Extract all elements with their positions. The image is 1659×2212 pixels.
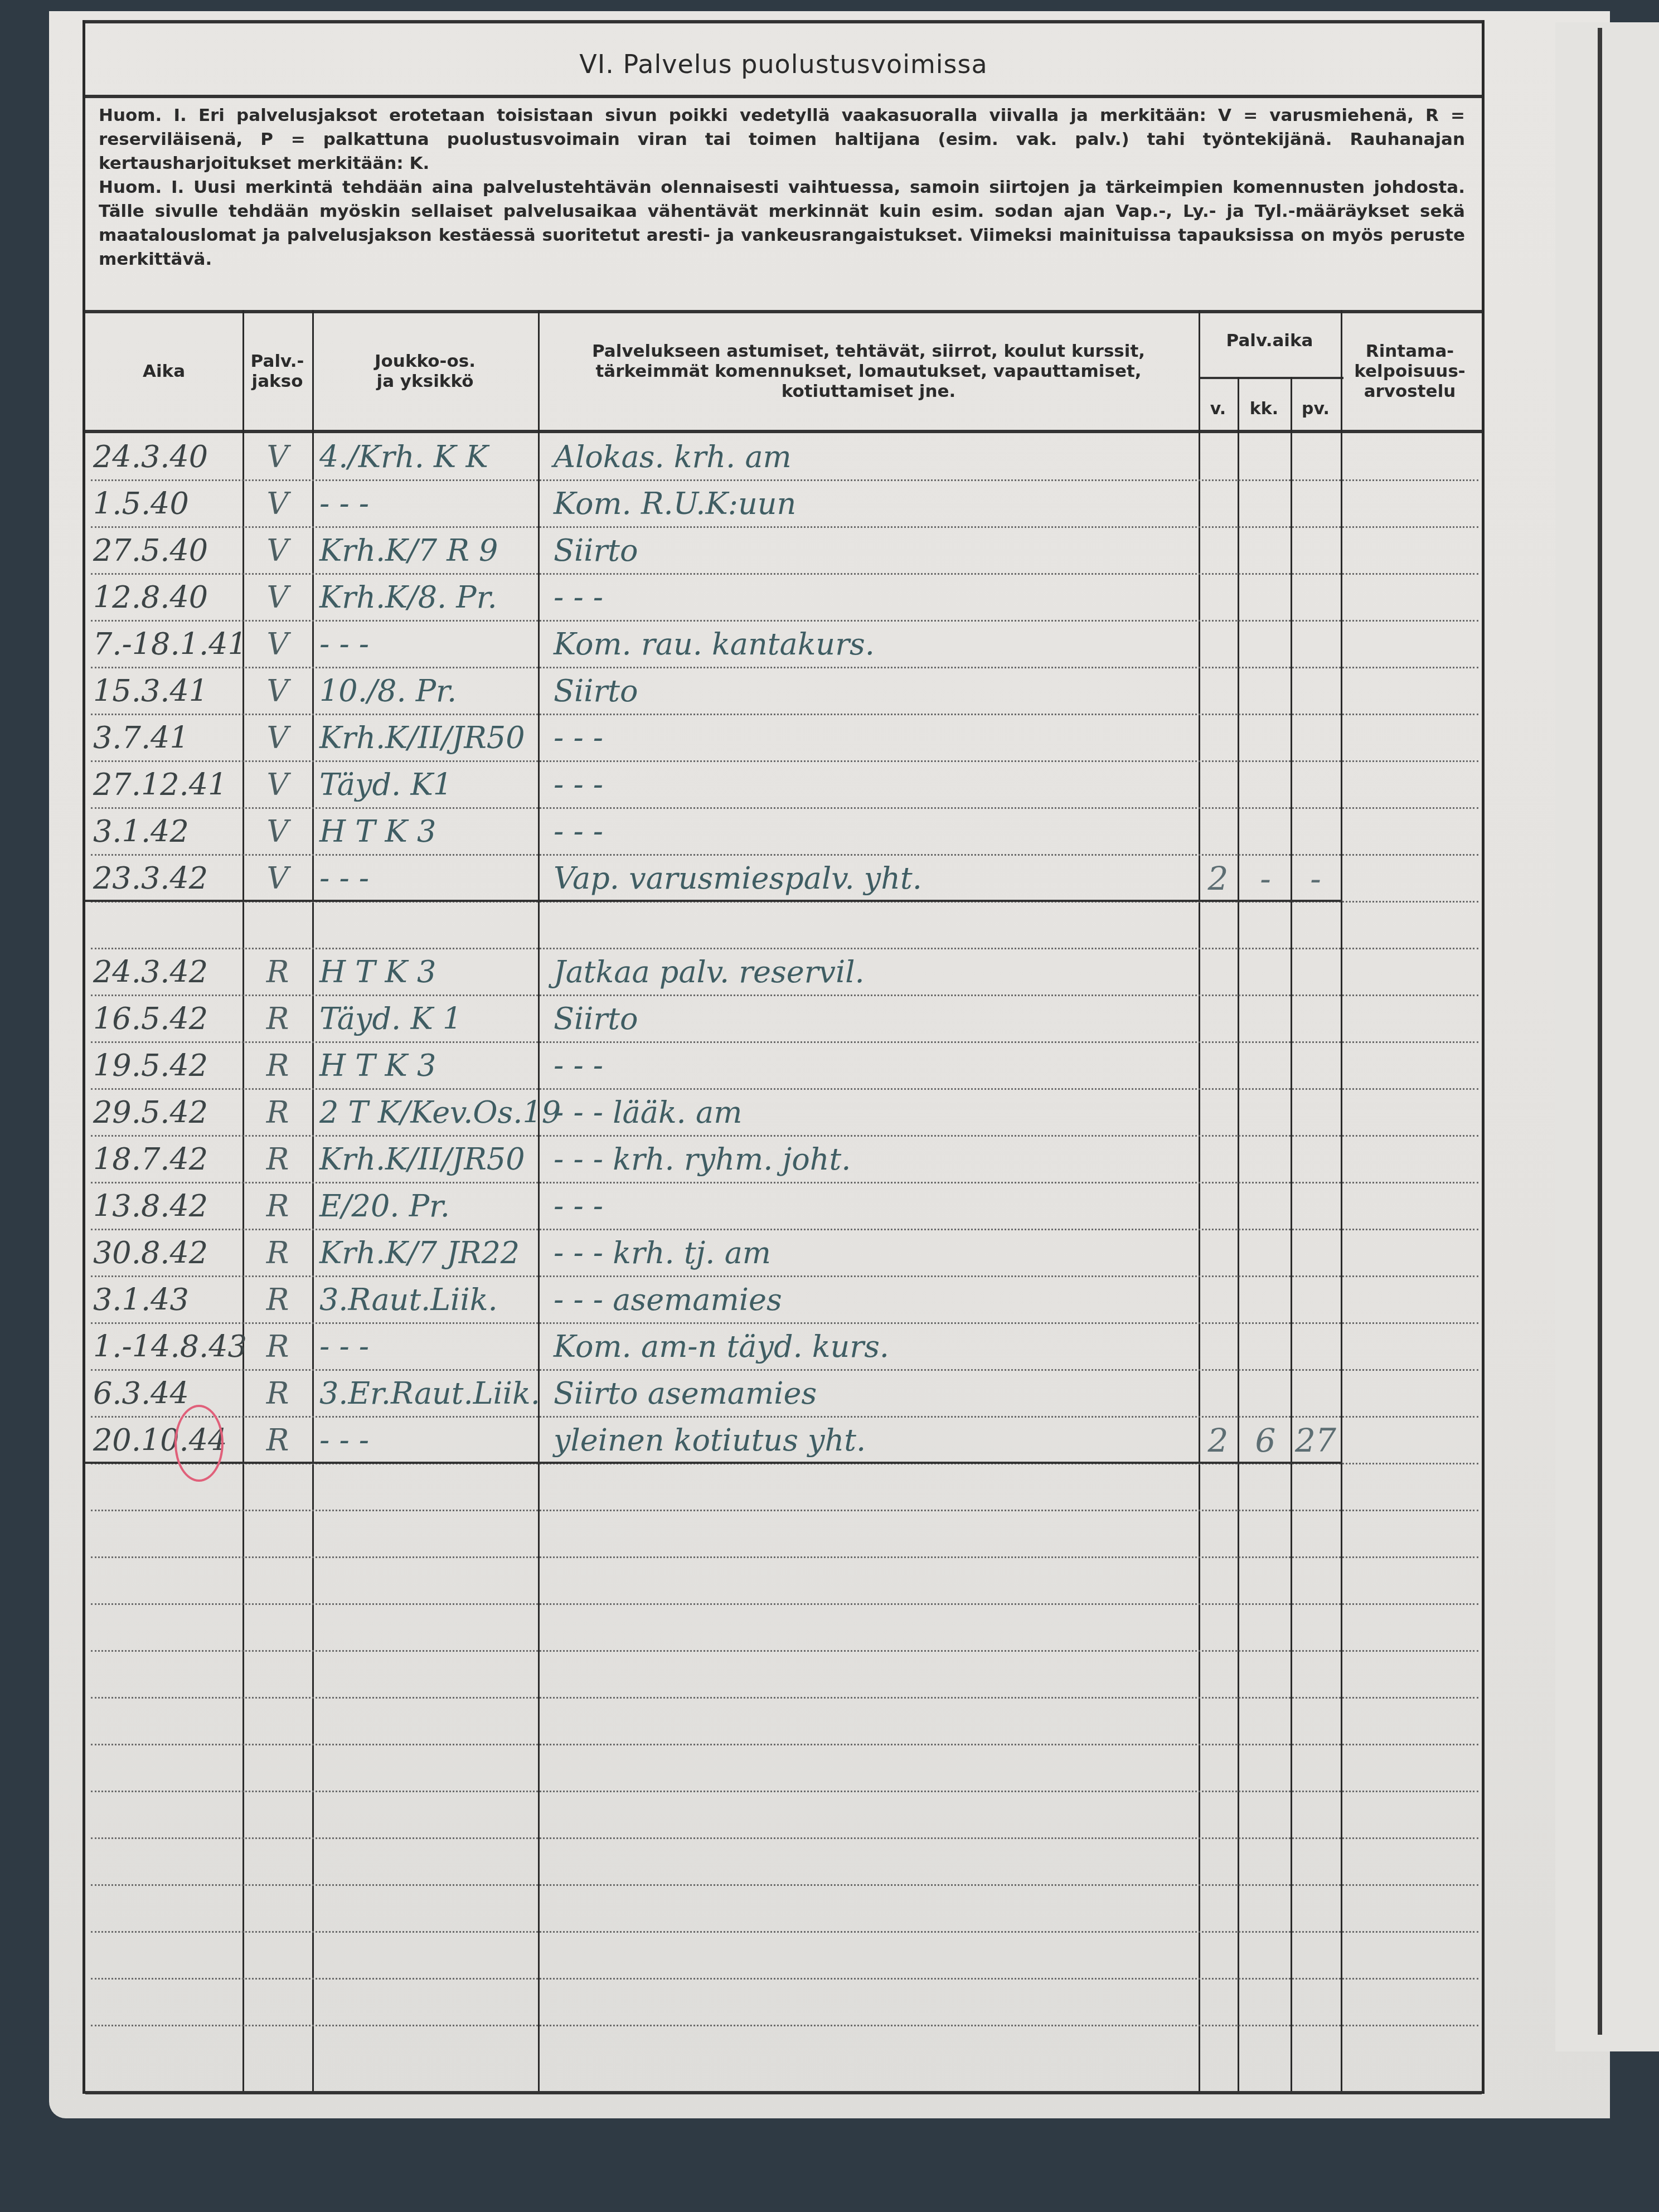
header-rule — [85, 430, 1482, 433]
header-rintama: Rintama- kelpoisuus- arvostelu — [1341, 316, 1479, 427]
months-cell: - — [1240, 862, 1291, 895]
header-joukko: Joukko-os. ja yksikkö — [312, 316, 538, 427]
service-event-cell: Vap. varusmiespalv. yht. — [554, 862, 922, 895]
row-guide — [91, 1650, 1478, 1652]
column-rule — [1291, 377, 1292, 2091]
unit-cell: 3.Er.Raut.Liik. — [319, 1377, 540, 1410]
unit-cell: 3.Raut.Liik. — [319, 1283, 498, 1317]
date-cell: 30.8.42 — [93, 1236, 208, 1270]
service-event-cell: - - - — [554, 1190, 603, 1223]
period-type-cell: V — [244, 675, 311, 708]
date-cell: 16.5.42 — [93, 1002, 208, 1036]
period-type-cell: V — [244, 815, 311, 848]
notes-rule — [85, 310, 1482, 313]
period-type-cell: R — [244, 955, 311, 989]
row-guide — [91, 1135, 1478, 1137]
period-type-cell: V — [244, 721, 311, 755]
unit-cell: - - - — [319, 1424, 369, 1457]
row-guide — [91, 995, 1478, 996]
row-guide — [91, 620, 1478, 622]
header-kk: kk. — [1238, 399, 1291, 427]
row-guide — [91, 1322, 1478, 1324]
unit-cell: - - - — [319, 487, 369, 521]
row-guide — [91, 1884, 1478, 1886]
unit-cell: Krh.K/7 JR22 — [319, 1236, 520, 1270]
unit-cell: - - - — [319, 862, 369, 895]
service-event-cell: Kom. rau. kantakurs. — [554, 628, 875, 661]
date-cell: 19.5.42 — [93, 1049, 208, 1083]
unit-cell: Krh.K/II/JR50 — [319, 721, 525, 755]
service-event-cell: Siirto — [554, 1002, 638, 1036]
column-rule — [312, 310, 314, 2091]
header-palvaika: Palv.aika — [1199, 321, 1341, 360]
period-separator — [85, 1462, 1342, 1464]
date-cell: 24.3.40 — [93, 440, 208, 474]
period-type-cell: R — [244, 1377, 311, 1410]
service-event-cell: Siirto — [554, 534, 638, 567]
row-guide — [91, 1041, 1478, 1043]
header-v: v. — [1199, 399, 1238, 427]
title-rule — [85, 95, 1482, 98]
date-cell: 29.5.42 — [93, 1096, 208, 1129]
row-guide — [91, 526, 1478, 528]
unit-cell: Krh.K/8. Pr. — [319, 581, 497, 614]
service-event-cell: - - - — [554, 581, 603, 614]
row-guide — [91, 573, 1478, 575]
row-guide — [91, 2025, 1478, 2026]
service-event-cell: - - - — [554, 768, 603, 802]
page-title: VI. Palvelus puolustusvoimissa — [85, 49, 1482, 79]
date-cell: 18.7.42 — [93, 1143, 208, 1176]
row-guide — [91, 854, 1478, 856]
unit-cell: 10./8. Pr. — [319, 675, 457, 708]
date-cell: 15.3.41 — [93, 675, 208, 708]
unit-cell: - - - — [319, 628, 369, 661]
unit-cell: Krh.K/7 R 9 — [319, 534, 498, 567]
period-type-cell: R — [244, 1283, 311, 1317]
service-event-cell: - - - — [554, 1049, 603, 1083]
period-type-cell: R — [244, 1424, 311, 1457]
column-rule — [538, 310, 540, 2091]
column-rule — [1341, 310, 1342, 2091]
unit-cell: 2 T K/Kev.Os.19 — [319, 1096, 561, 1129]
period-type-cell: V — [244, 862, 311, 895]
period-type-cell: R — [244, 1002, 311, 1036]
row-guide — [91, 1837, 1478, 1839]
date-cell: 3.1.42 — [93, 815, 189, 848]
row-guide — [91, 1556, 1478, 1558]
date-cell: 27.12.41 — [93, 768, 227, 802]
row-guide — [91, 667, 1478, 668]
date-cell: 1.-14.8.43 — [93, 1330, 247, 1364]
period-type-cell: V — [244, 440, 311, 474]
unit-cell: - - - — [319, 1330, 369, 1364]
facing-page — [1555, 22, 1659, 2051]
unit-cell: Täyd. K1 — [319, 768, 452, 802]
row-guide — [91, 1978, 1478, 1980]
header-aika: Aika — [85, 316, 242, 427]
row-guide — [91, 1744, 1478, 1745]
row-guide — [91, 807, 1478, 809]
date-cell: 24.3.42 — [93, 955, 208, 989]
header-jakso: Palv.- jakso — [242, 316, 312, 427]
period-type-cell: V — [244, 581, 311, 614]
service-event-cell: - - - — [554, 721, 603, 755]
unit-cell: H T K 3 — [319, 815, 436, 848]
service-event-cell: Jatkaa palv. reservil. — [554, 955, 865, 989]
column-rule — [1199, 310, 1200, 2091]
date-cell: 6.3.44 — [93, 1377, 189, 1410]
unit-cell: E/20. Pr. — [319, 1190, 450, 1223]
unit-cell: H T K 3 — [319, 955, 436, 989]
period-type-cell: V — [244, 534, 311, 567]
row-guide — [91, 760, 1478, 762]
period-type-cell: R — [244, 1330, 311, 1364]
days-cell: 27 — [1291, 1424, 1341, 1457]
row-guide — [91, 948, 1478, 949]
row-guide — [91, 1416, 1478, 1418]
column-rule — [1238, 377, 1239, 2091]
period-type-cell: V — [244, 628, 311, 661]
date-cell: 23.3.42 — [93, 862, 208, 895]
period-separator — [85, 900, 1342, 902]
row-guide — [91, 1791, 1478, 1792]
date-cell: 3.1.43 — [93, 1283, 189, 1317]
top-rule — [85, 20, 1482, 23]
date-cell: 13.8.42 — [93, 1190, 208, 1223]
row-guide — [91, 1369, 1478, 1371]
row-guide — [91, 1182, 1478, 1183]
years-cell: 2 — [1199, 1424, 1238, 1457]
months-cell: 6 — [1240, 1424, 1291, 1457]
days-cell: - — [1291, 862, 1341, 895]
header-palvelus: Palvelukseen astumiset, tehtävät, siirro… — [548, 316, 1189, 427]
service-event-cell: Kom. am-n täyd. kurs. — [554, 1330, 889, 1364]
date-cell: 1.5.40 — [93, 487, 189, 521]
service-event-cell: Alokas. krh. am — [554, 440, 792, 474]
note-1: Huom. I. Eri palvelusjaksot erotetaan to… — [99, 104, 1465, 176]
date-cell: 12.8.40 — [93, 581, 208, 614]
row-guide — [91, 1931, 1478, 1933]
service-event-cell: Kom. R.U.K:uun — [554, 487, 796, 521]
service-event-cell: - - - lääk. am — [554, 1096, 742, 1129]
instructions: Huom. I. Eri palvelusjaksot erotetaan to… — [99, 104, 1465, 271]
red-circle-highlight — [174, 1405, 224, 1482]
service-event-cell: - - - krh. ryhm. joht. — [554, 1143, 851, 1176]
row-guide — [91, 1088, 1478, 1090]
row-guide — [91, 1229, 1478, 1230]
period-type-cell: V — [244, 768, 311, 802]
row-guide — [91, 479, 1478, 481]
date-cell: 3.7.41 — [93, 721, 189, 755]
row-guide — [91, 1697, 1478, 1699]
service-record-form: VI. Palvelus puolustusvoimissa Huom. I. … — [83, 20, 1485, 2094]
unit-cell: Krh.K/II/JR50 — [319, 1143, 525, 1176]
service-event-cell: - - - asemamies — [554, 1283, 782, 1317]
date-cell: 7.-18.1.41 — [93, 628, 247, 661]
service-event-cell: Siirto — [554, 675, 638, 708]
service-event-cell: - - - krh. tj. am — [554, 1236, 771, 1270]
unit-cell: 4./Krh. K K — [319, 440, 488, 474]
period-type-cell: R — [244, 1190, 311, 1223]
unit-cell: H T K 3 — [319, 1049, 436, 1083]
period-type-cell: R — [244, 1143, 311, 1176]
note-2: Huom. I. Uusi merkintä tehdään aina palv… — [99, 176, 1465, 271]
header-pv: pv. — [1291, 399, 1341, 427]
row-guide — [91, 1275, 1478, 1277]
service-event-cell: Siirto asemamies — [554, 1377, 817, 1410]
service-event-cell: - - - — [554, 815, 603, 848]
years-cell: 2 — [1199, 862, 1238, 895]
period-type-cell: R — [244, 1049, 311, 1083]
row-guide — [91, 714, 1478, 715]
row-guide — [91, 1510, 1478, 1511]
facing-page-border — [1598, 28, 1602, 2035]
palvaika-subrule — [1199, 377, 1343, 379]
service-event-cell: yleinen kotiutus yht. — [554, 1424, 866, 1457]
period-type-cell: R — [244, 1096, 311, 1129]
unit-cell: Täyd. K 1 — [319, 1002, 462, 1036]
period-type-cell: V — [244, 487, 311, 521]
row-guide — [91, 1603, 1478, 1605]
period-type-cell: R — [244, 1236, 311, 1270]
bottom-rule — [85, 2091, 1482, 2094]
date-cell: 27.5.40 — [93, 534, 208, 567]
